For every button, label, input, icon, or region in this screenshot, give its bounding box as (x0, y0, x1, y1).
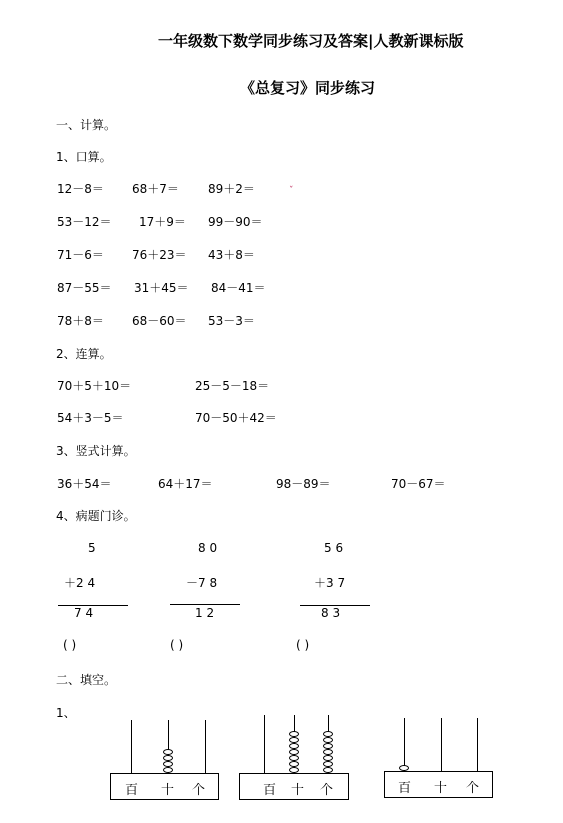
document-title: 一年级数下数学同步练习及答案|人教新课标版 (158, 30, 463, 51)
oral-item: 99－90＝ (208, 213, 263, 230)
oral-item: 12－8＝ (57, 180, 104, 197)
answer-blank[interactable]: ( ) (296, 638, 309, 652)
rod-ones (205, 720, 206, 773)
oral-item: 89＋2＝ (208, 180, 255, 197)
oral-item: 71－6＝ (57, 246, 104, 263)
problem-result: 8 3 (321, 606, 340, 620)
question-1-label: 1、 (56, 704, 76, 721)
oral-item: 76＋23＝ (132, 246, 187, 263)
oral-item: 78＋8＝ (57, 312, 104, 329)
chain-item: 25－5－18＝ (195, 377, 269, 394)
problem-op: ＋2 4 (64, 574, 95, 591)
rod-hundreds (264, 715, 265, 773)
chain-item: 70－50＋42＝ (195, 409, 277, 426)
bead (323, 743, 333, 749)
oral-item: 31＋45＝ (134, 279, 189, 296)
rod-tens (441, 718, 442, 771)
oral-item: 43＋8＝ (208, 246, 255, 263)
bead (289, 743, 299, 749)
problem-result: 1 2 (195, 606, 214, 620)
oral-item: 53－3＝ (208, 312, 255, 329)
answer-blank[interactable]: ( ) (170, 638, 183, 652)
problem-op: ＋3 7 (314, 574, 345, 591)
vertical-item: 70－67＝ (391, 475, 446, 492)
bead (323, 731, 333, 737)
document-subtitle: 《总复习》同步练习 (240, 77, 375, 98)
oral-item: 68＋7＝ (132, 180, 179, 197)
bead (289, 755, 299, 761)
label-ones: 个 (320, 779, 333, 798)
bead (323, 755, 333, 761)
bead (163, 749, 173, 755)
chain-item: 54＋3－5＝ (57, 409, 124, 426)
label-hundreds: 百 (263, 779, 276, 798)
bead (289, 761, 299, 767)
bead (323, 737, 333, 743)
problem-top: 5 6 (324, 541, 343, 555)
problem-top: 5 (88, 541, 96, 555)
rod-ones (477, 718, 478, 771)
problem-rule (170, 604, 240, 605)
problem-op: －7 8 (186, 574, 217, 591)
label-hundreds: 百 (125, 779, 138, 798)
section-heading-fill: 二、填空。 (56, 671, 116, 688)
problem-top: 8 0 (198, 541, 217, 555)
section-heading-calc: 一、计算。 (56, 116, 116, 133)
part-heading-oral: 1、口算。 (56, 148, 112, 165)
vertical-item: 98－89＝ (276, 475, 331, 492)
oral-item: 68－60＝ (132, 312, 187, 329)
part-heading-chain: 2、连算。 (56, 345, 112, 362)
chain-item: 70＋5＋10＝ (57, 377, 131, 394)
bead (289, 737, 299, 743)
bead (323, 761, 333, 767)
oral-item: 84－41＝ (211, 279, 266, 296)
vertical-item: 36＋54＝ (57, 475, 112, 492)
oral-item: 53－12＝ (57, 213, 112, 230)
rod-hundreds (404, 718, 405, 771)
label-ones: 个 (192, 779, 205, 798)
oral-item: 17＋9＝ (139, 213, 186, 230)
bead (163, 755, 173, 761)
part-heading-vertical: 3、竖式计算。 (56, 442, 136, 459)
bead (323, 749, 333, 755)
part-heading-diagnosis: 4、病题门诊。 (56, 507, 136, 524)
label-ones: 个 (466, 777, 479, 796)
label-hundreds: 百 (398, 777, 411, 796)
vertical-item: 64＋17＝ (158, 475, 213, 492)
bead (163, 761, 173, 767)
oral-item: 87－55＝ (57, 279, 112, 296)
bead (289, 749, 299, 755)
label-tens: 十 (291, 779, 304, 798)
bead (289, 731, 299, 737)
answer-blank[interactable]: ( ) (63, 638, 76, 652)
label-tens: 十 (434, 777, 447, 796)
rod-hundreds (131, 720, 132, 773)
problem-result: 7 4 (74, 606, 93, 620)
check-mark: ˇ (289, 186, 294, 196)
label-tens: 十 (161, 779, 174, 798)
